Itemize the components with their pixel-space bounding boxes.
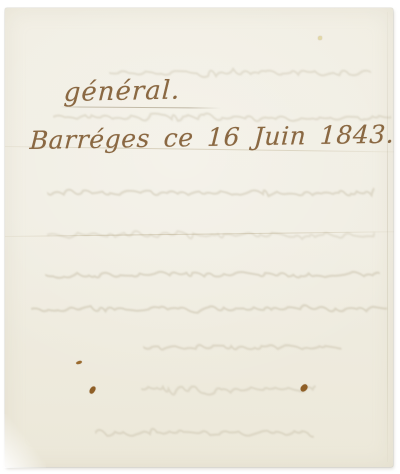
ghost-text-line xyxy=(43,262,382,286)
scanned-letter-image: général. Barréges ce 16 Juin 1843. xyxy=(0,0,400,474)
bleedthrough-layer xyxy=(5,8,393,467)
ghost-text-line xyxy=(45,180,377,204)
handwriting-general: général. xyxy=(63,76,181,108)
ghost-text-line xyxy=(93,420,315,444)
ghost-text-line xyxy=(29,296,389,320)
ghost-text-line xyxy=(139,376,318,400)
ghost-text-line xyxy=(141,334,343,358)
ink-stain xyxy=(318,36,322,40)
letter-paper: général. Barréges ce 16 Juin 1843. xyxy=(5,8,393,467)
right-edge-crease xyxy=(387,12,388,462)
